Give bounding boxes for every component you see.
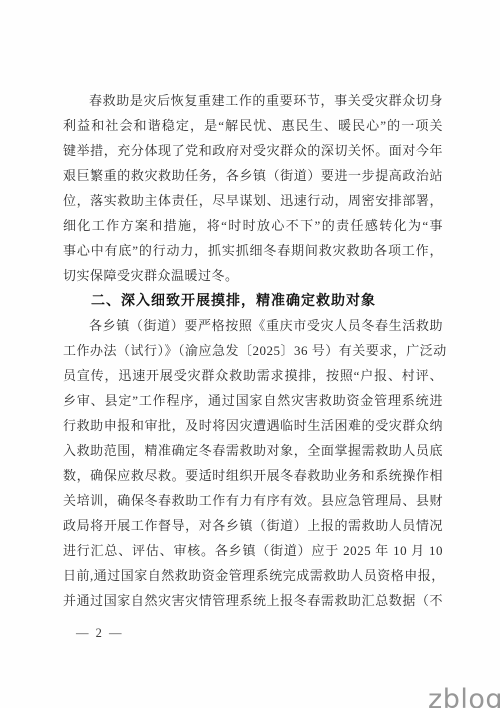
text-line: 利益和社会和谐稳定，是“解民忧、惠民生、暖民心”的一项关 — [63, 113, 443, 138]
text-line: 各乡镇（街道）要严格按照《重庆市受灾人员冬春生活救助 — [63, 313, 443, 338]
text-line: 关培训，确保冬春救助工作有力有序有效。县应急管理局、县财 — [63, 488, 443, 513]
text-line: 进行汇总、评估、审核。各乡镇（街道）应于 2025 年 10 月 10 — [63, 538, 443, 563]
text-line: 入救助范围，精准确定冬春需救助对象，全面掌握需救助人员底 — [63, 438, 443, 463]
section-heading: 二、深入细致开展摸排，精准确定救助对象 — [63, 288, 443, 313]
paragraph-1: 春救助是灾后恢复重建工作的重要环节，事关受灾群众切身利益和社会和谐稳定，是“解民… — [63, 88, 443, 288]
text-line: 艰巨繁重的救灾救助任务，各乡镇（街道）要进一步提高政治站 — [63, 163, 443, 188]
text-line: 乡审、县定”工作程序，通过国家自然灾害救助资金管理系统进 — [63, 388, 443, 413]
paragraph-2: 各乡镇（街道）要严格按照《重庆市受灾人员冬春生活救助工作办法（试行）》（渝应急发… — [63, 313, 443, 613]
text-line: 春救助是灾后恢复重建工作的重要环节，事关受灾群众切身 — [63, 88, 443, 113]
text-line: 键举措，充分体现了党和政府对受灾群众的深切关怀。面对今年 — [63, 138, 443, 163]
document-page: 春救助是灾后恢复重建工作的重要环节，事关受灾群众切身利益和社会和谐稳定，是“解民… — [0, 0, 500, 708]
document-text-block: 春救助是灾后恢复重建工作的重要环节，事关受灾群众切身利益和社会和谐稳定，是“解民… — [63, 88, 443, 613]
text-line: 切实保障受灾群众温暖过冬。 — [63, 263, 443, 288]
text-line: 工作办法（试行）》（渝应急发〔2025〕36 号）有关要求，广泛动 — [63, 338, 443, 363]
text-line: 并通过国家自然灾害灾情管理系统上报冬春需救助汇总数据（不 — [63, 588, 443, 613]
text-line: 细化工作方案和措施，将“时时放心不下”的责任感转化为“事 — [63, 213, 443, 238]
watermark-zblog: zblog — [428, 684, 500, 708]
text-line: 日前,通过国家自然救助资金管理系统完成需救助人员资格申报， — [63, 563, 443, 588]
text-line: 行救助申报和审批，及时将因灾遭遇临时生活困难的受灾群众纳 — [63, 413, 443, 438]
text-line: 数，确保应救尽救。要适时组织开展冬春救助业务和系统操作相 — [63, 463, 443, 488]
page-number: — 2 — — [76, 626, 124, 641]
text-line: 事心中有底”的行动力，抓实抓细冬春期间救灾救助各项工作， — [63, 238, 443, 263]
text-line: 位，落实救助主体责任，尽早谋划、迅速行动，周密安排部署， — [63, 188, 443, 213]
text-line: 政局将开展工作督导，对各乡镇（街道）上报的需救助人员情况 — [63, 513, 443, 538]
text-line: 员宣传，迅速开展受灾群众救助需求摸排，按照“户报、村评、 — [63, 363, 443, 388]
